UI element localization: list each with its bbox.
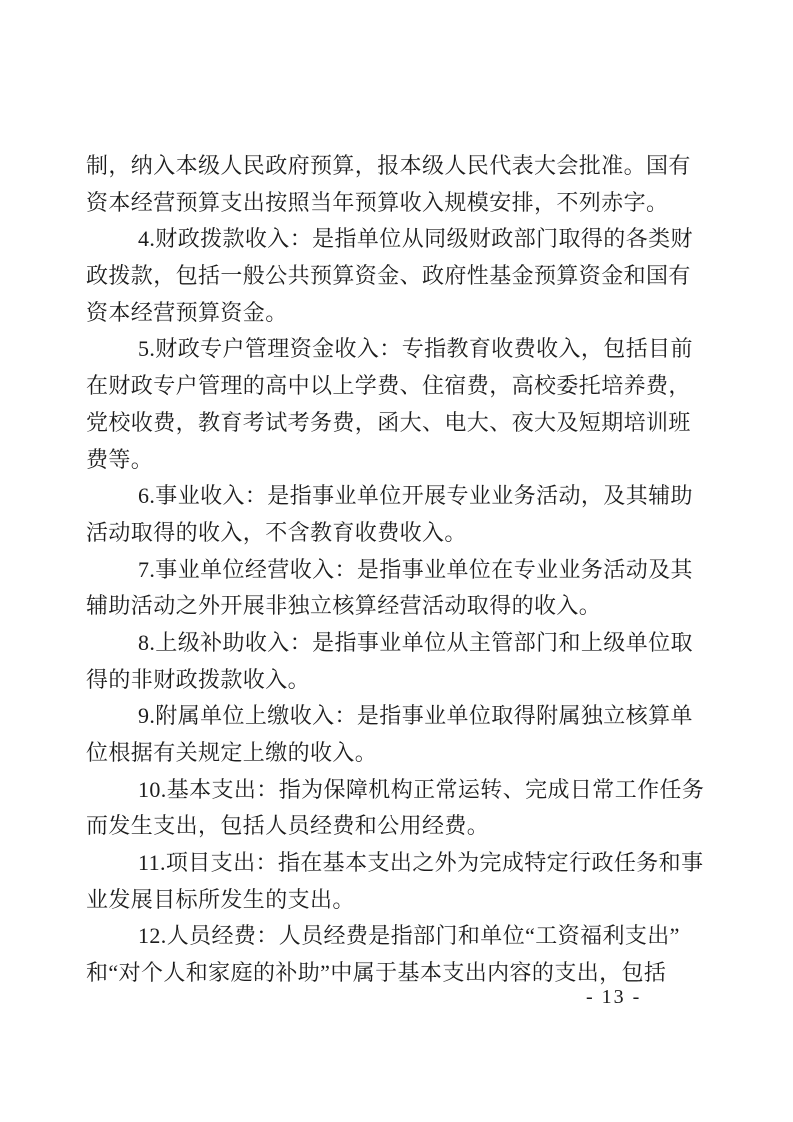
text-line: 辅助活动之外开展非独立核算经营活动取得的收入。 bbox=[86, 588, 708, 625]
text-line: 资本经营预算支出按照当年预算收入规模安排，不列赤字。 bbox=[86, 185, 708, 222]
text-line: 8.上级补助收入：是指事业单位从主管部门和上级单位取 bbox=[86, 625, 708, 662]
text-line: 活动取得的收入，不含教育收费收入。 bbox=[86, 515, 708, 552]
text-line: 得的非财政拨款收入。 bbox=[86, 662, 708, 699]
document-page: 制，纳入本级人民政府预算，报本级人民代表大会批准。国有 资本经营预算支出按照当年… bbox=[0, 0, 793, 1122]
text-line: 10.基本支出：指为保障机构正常运转、完成日常工作任务 bbox=[86, 772, 708, 809]
text-line: 7.事业单位经营收入：是指事业单位在专业业务活动及其 bbox=[86, 552, 708, 589]
text-line: 在财政专户管理的高中以上学费、住宿费，高校委托培养费， bbox=[86, 368, 708, 405]
text-line: 党校收费，教育考试考务费，函大、电大、夜大及短期培训班 bbox=[86, 405, 708, 442]
text-line: 业发展目标所发生的支出。 bbox=[86, 882, 708, 919]
text-line: 11.项目支出：指在基本支出之外为完成特定行政任务和事 bbox=[86, 845, 708, 882]
text-line: 制，纳入本级人民政府预算，报本级人民代表大会批准。国有 bbox=[86, 148, 708, 185]
text-line: 6.事业收入：是指事业单位开展专业业务活动，及其辅助 bbox=[86, 478, 708, 515]
text-line: 9.附属单位上缴收入：是指事业单位取得附属独立核算单 bbox=[86, 698, 708, 735]
text-line: 而发生支出，包括人员经费和公用经费。 bbox=[86, 808, 708, 845]
text-line: 5.财政专户管理资金收入：专指教育收费收入，包括目前 bbox=[86, 331, 708, 368]
document-body: 制，纳入本级人民政府预算，报本级人民代表大会批准。国有 资本经营预算支出按照当年… bbox=[86, 148, 708, 992]
page-number: - 13 - bbox=[586, 985, 641, 1009]
text-line: 费等。 bbox=[86, 442, 708, 479]
text-line: 资本经营预算资金。 bbox=[86, 295, 708, 332]
text-line: 12.人员经费：人员经费是指部门和单位“工资福利支出” bbox=[86, 918, 708, 955]
text-line: 4.财政拨款收入：是指单位从同级财政部门取得的各类财 bbox=[86, 221, 708, 258]
text-line: 政拨款，包括一般公共预算资金、政府性基金预算资金和国有 bbox=[86, 258, 708, 295]
text-line: 位根据有关规定上缴的收入。 bbox=[86, 735, 708, 772]
